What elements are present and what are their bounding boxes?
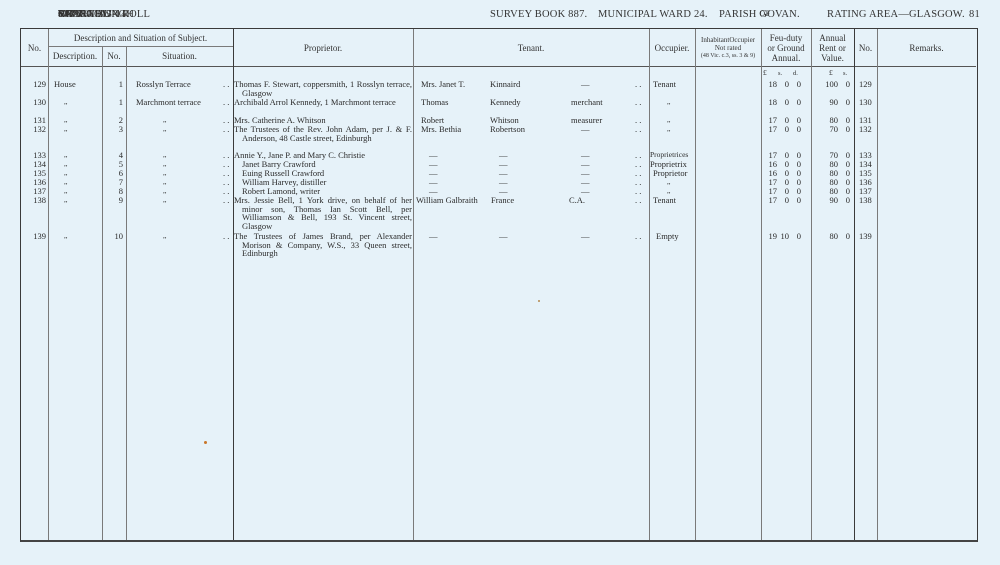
row-rent-pounds: 100 xyxy=(821,80,838,89)
row-description: ,, xyxy=(64,169,68,178)
paper-speck xyxy=(204,441,207,444)
row-proprietor: Archibald Arrol Kennedy, 1 Marchmont ter… xyxy=(234,98,412,107)
header-situation: Situation. xyxy=(126,46,233,66)
row-no: 129 xyxy=(21,80,46,89)
row-feu-pounds: 18 xyxy=(763,80,777,89)
row-tenant-last: Kennedy xyxy=(490,98,521,107)
row-no: 130 xyxy=(21,98,46,107)
row-situation: ,, xyxy=(163,169,167,178)
row-no-right: 130 xyxy=(859,98,872,107)
row-tenant-occupation: — xyxy=(581,125,590,134)
feu-pounds-unit: £ xyxy=(763,69,767,78)
feu-line-1: Feu-duty xyxy=(770,33,803,43)
row-tenant-occupation: — xyxy=(581,232,590,241)
leader-dots: . . xyxy=(223,80,229,89)
header-subject-no: No. xyxy=(102,46,126,66)
header-description: Description. xyxy=(48,46,102,66)
row-tenant-last: Kinnaird xyxy=(490,80,520,89)
row-tenant-last: France xyxy=(491,196,514,205)
row-occupier: Tenant xyxy=(653,80,676,89)
row-rent-shillings: 0 xyxy=(841,98,850,107)
col-rule xyxy=(413,29,414,540)
row-description: ,, xyxy=(64,151,68,160)
col-rule xyxy=(48,29,49,540)
row-proprietor: Thomas F. Stewart, coppersmith, 1 Rossly… xyxy=(234,80,412,97)
row-situation: Rosslyn Terrace xyxy=(136,80,191,89)
row-tenant-last: Robertson xyxy=(490,125,525,134)
row-occupier: ,, xyxy=(667,178,671,187)
row-subject-no: 1 xyxy=(102,98,123,107)
survey-book: SURVEY BOOK 887. xyxy=(490,9,587,20)
inhabitant-line-1: InhabitantOccupier xyxy=(701,36,755,44)
row-situation: ,, xyxy=(163,178,167,187)
row-feu-pence: 0 xyxy=(791,125,801,134)
row-rent-shillings: 0 xyxy=(841,125,850,134)
row-proprietor: The Trustees of the Rev. John Adam, per … xyxy=(234,125,412,142)
row-feu-pounds: 18 xyxy=(763,98,777,107)
row-feu-shillings: 10 xyxy=(778,232,789,241)
row-no: 138 xyxy=(21,196,46,205)
row-feu-shillings: 0 xyxy=(778,125,789,134)
row-tenant-occupation: merchant xyxy=(571,98,603,107)
row-occupier: Tenant xyxy=(653,196,676,205)
row-situation: ,, xyxy=(163,116,167,125)
row-feu-pence: 0 xyxy=(791,80,801,89)
row-subject-no: 10 xyxy=(102,232,123,241)
row-description: ,, xyxy=(64,232,68,241)
inhabitant-line-3: (48 Vic. c.3, ss. 3 & 9) xyxy=(701,52,755,60)
header-feu-duty: Feu-duty or Ground Annual. xyxy=(761,29,811,66)
row-situation: ,, xyxy=(163,187,167,196)
row-subject-no: 9 xyxy=(102,196,123,205)
inhabitant-line-2: Not rated xyxy=(715,44,741,52)
row-no-right: 138 xyxy=(859,196,872,205)
leader-dots: . . xyxy=(223,196,229,205)
col-rule xyxy=(695,29,696,540)
col-rule xyxy=(761,29,762,540)
col-rule xyxy=(649,29,650,540)
leader-dots: . . xyxy=(635,80,641,89)
row-occupier: ,, xyxy=(667,98,671,107)
row-feu-pounds: 17 xyxy=(763,196,777,205)
row-description: ,, xyxy=(64,196,68,205)
row-rent-shillings: 0 xyxy=(841,80,850,89)
row-feu-pence: 0 xyxy=(791,196,801,205)
row-feu-pounds: 19 xyxy=(763,232,777,241)
row-description: ,, xyxy=(64,125,68,134)
row-tenant-first: — xyxy=(429,232,438,241)
row-occupier: ,, xyxy=(667,125,671,134)
row-feu-shillings: 0 xyxy=(778,196,789,205)
row-subject-no: 1 xyxy=(102,80,123,89)
page-number: 81 xyxy=(969,9,980,20)
header-no-right: No. xyxy=(854,29,877,66)
row-subject-no: 3 xyxy=(102,125,123,134)
feu-line-3: Annual. xyxy=(772,53,801,63)
row-no-right: 129 xyxy=(859,80,872,89)
row-situation: ,, xyxy=(163,232,167,241)
header-tenant: Tenant. xyxy=(413,29,649,66)
leader-dots: . . xyxy=(635,98,641,107)
row-rent-pounds: 70 xyxy=(821,125,838,134)
row-description: ,, xyxy=(64,160,68,169)
row-description: ,, xyxy=(64,116,68,125)
feu-shillings-unit: s. xyxy=(778,70,782,79)
rent-line-1: Annual xyxy=(819,33,846,43)
feu-line-2: or Ground xyxy=(767,43,804,53)
row-no-right: 139 xyxy=(859,232,872,241)
header-occupier: Occupier. xyxy=(649,29,695,66)
header-bottom-rule xyxy=(21,66,976,67)
col-rule xyxy=(811,29,812,540)
row-feu-shillings: 0 xyxy=(778,98,789,107)
row-rent-pounds: 90 xyxy=(821,98,838,107)
row-proprietor: The Trustees of James Brand, per Alexand… xyxy=(234,232,412,258)
parish: PARISH OF GOVAN. xyxy=(719,9,800,20)
header-proprietor: Proprietor. xyxy=(233,29,413,66)
row-rent-pounds: 80 xyxy=(821,232,838,241)
row-situation: ,, xyxy=(163,196,167,205)
leader-dots: . . xyxy=(635,232,641,241)
leader-dots: . . xyxy=(223,232,229,241)
row-description: ,, xyxy=(64,178,68,187)
row-no: 132 xyxy=(21,125,46,134)
header-subject-group: Description and Situation of Subject. xyxy=(48,29,233,46)
municipal-ward: MUNICIPAL WARD 24. xyxy=(598,9,708,20)
row-occupier: Empty xyxy=(656,232,679,241)
row-tenant-last: — xyxy=(499,232,508,241)
row-tenant-first: Mrs. Bethia xyxy=(421,125,461,134)
col-rule xyxy=(877,29,878,540)
leader-dots: . . xyxy=(635,196,641,205)
leader-dots: . . xyxy=(223,125,229,134)
paper-speck xyxy=(538,300,540,302)
header-inhabitant-occupier: InhabitantOccupier Not rated (48 Vic. c.… xyxy=(695,29,761,66)
row-feu-pence: 0 xyxy=(791,232,801,241)
row-feu-pounds: 17 xyxy=(763,125,777,134)
rent-line-3: Value. xyxy=(821,53,844,63)
row-feu-pence: 0 xyxy=(791,98,801,107)
col-rule xyxy=(854,29,855,540)
row-tenant-first: Thomas xyxy=(421,98,448,107)
header-annual-rent: Annual Rent or Value. xyxy=(811,29,854,66)
row-description: House xyxy=(54,80,76,89)
row-occupier: Proprietor xyxy=(653,169,687,178)
row-description: ,, xyxy=(64,98,68,107)
row-tenant-occupation: C.A. xyxy=(569,196,585,205)
rent-pounds-unit: £ xyxy=(829,69,833,78)
row-feu-shillings: 0 xyxy=(778,80,789,89)
row-situation: ,, xyxy=(163,125,167,134)
row-description: ,, xyxy=(64,187,68,196)
page-header: VALUATION ROLL FOR THE CITY AND ROYAL BU… xyxy=(0,9,1000,23)
leader-dots: . . xyxy=(635,125,641,134)
row-tenant-occupation: — xyxy=(581,80,590,89)
row-tenant-first: William Galbraith xyxy=(416,196,478,205)
row-rent-shillings: 0 xyxy=(841,232,850,241)
rent-shillings-unit: s. xyxy=(843,70,847,79)
row-tenant-first: Mrs. Janet T. xyxy=(421,80,465,89)
leader-dots: . . xyxy=(223,98,229,107)
row-rent-pounds: 90 xyxy=(821,196,838,205)
row-situation: ,, xyxy=(163,151,167,160)
row-proprietor: Mrs. Jessie Bell, 1 York drive, on behal… xyxy=(234,196,412,230)
rating-area: RATING AREA—GLASGOW. xyxy=(827,9,965,20)
row-situation: Marchmont terrace xyxy=(136,98,201,107)
row-situation: ,, xyxy=(163,160,167,169)
row-occupier: ,, xyxy=(667,116,671,125)
row-no: 139 xyxy=(21,232,46,241)
rent-line-2: Rent or xyxy=(819,43,846,53)
col-rule xyxy=(126,46,127,540)
header-remarks: Remarks. xyxy=(877,29,976,66)
header-no: No. xyxy=(21,29,48,66)
row-rent-shillings: 0 xyxy=(841,196,850,205)
row-no-right: 132 xyxy=(859,125,872,134)
feu-pence-unit: d. xyxy=(793,70,798,79)
valuation-table: No. Description and Situation of Subject… xyxy=(20,28,978,542)
